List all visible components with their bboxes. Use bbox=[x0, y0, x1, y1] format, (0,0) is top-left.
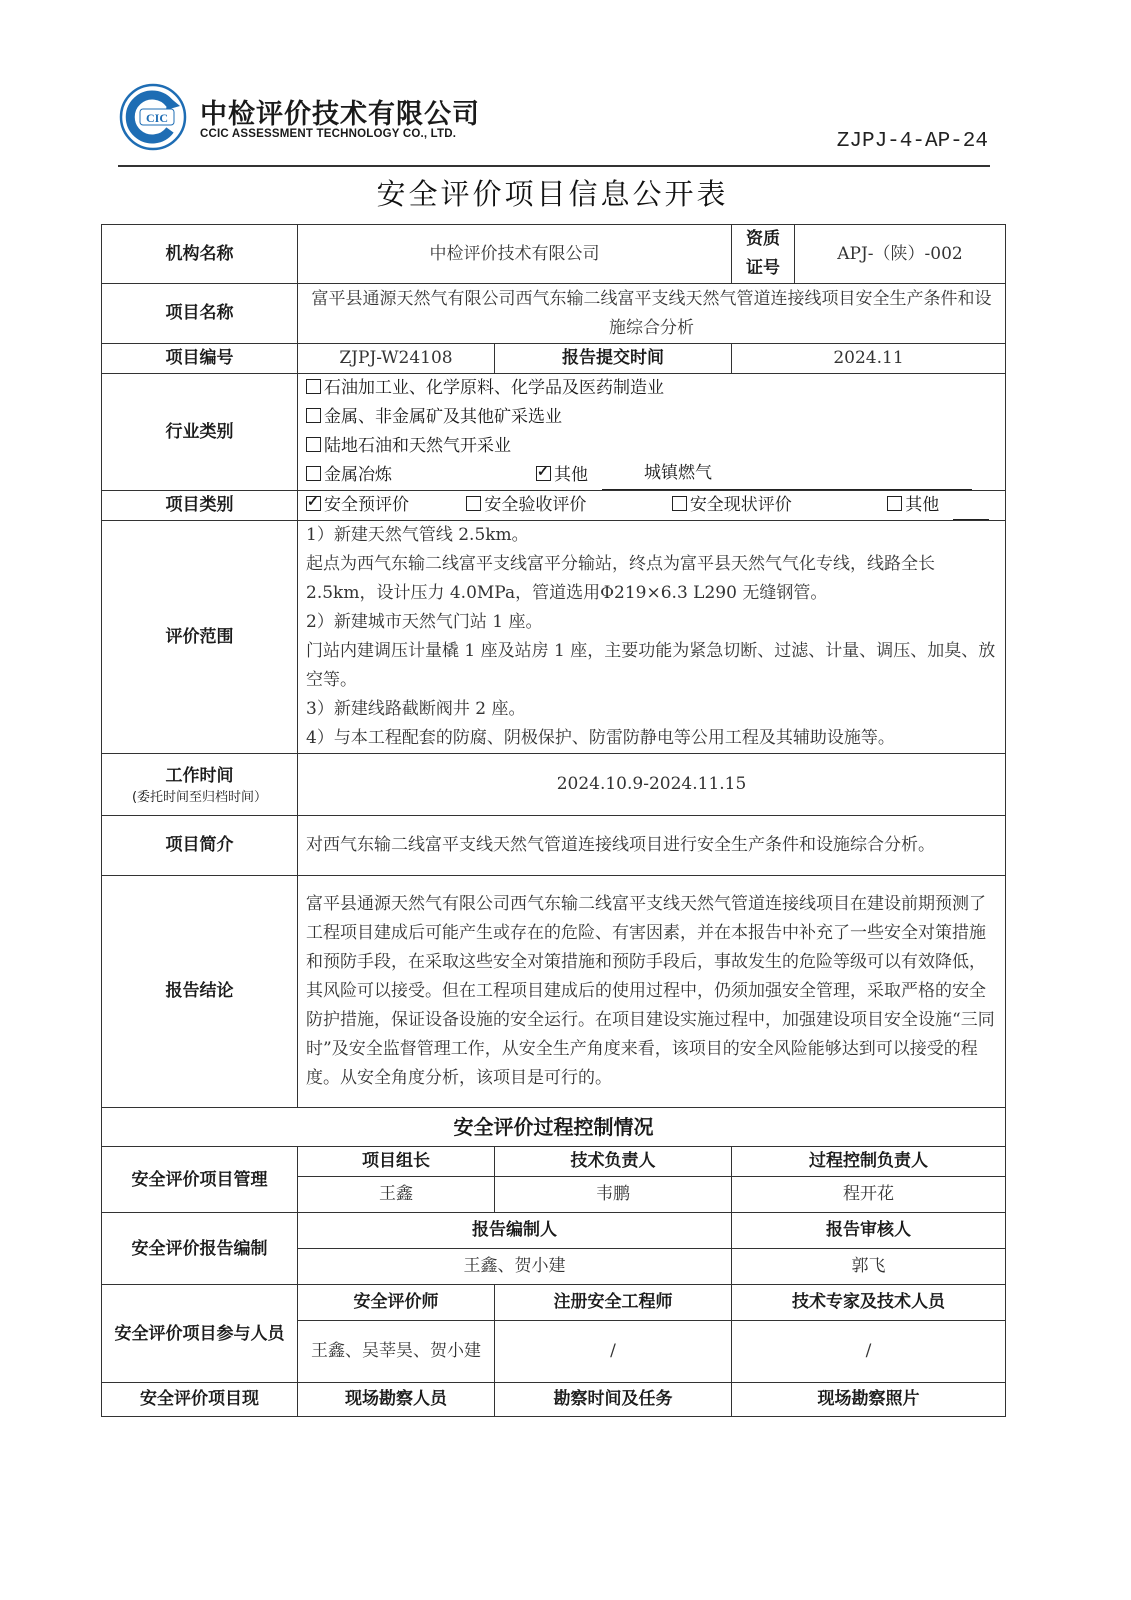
type-other-fill[interactable] bbox=[953, 519, 989, 520]
svg-text:CIC: CIC bbox=[146, 111, 168, 125]
industry-option-4[interactable]: 金属冶炼 bbox=[306, 461, 536, 490]
checkbox-icon[interactable] bbox=[306, 466, 321, 481]
type-option-other[interactable]: 其他 bbox=[887, 495, 939, 515]
project-name-label: 项目名称 bbox=[102, 284, 298, 344]
row-project-no: 项目编号 ZJPJ-W24108 报告提交时间 2024.11 bbox=[102, 344, 1006, 374]
document-code: ZJPJ-4-AP-24 bbox=[837, 130, 988, 153]
document-header: CIC 中检评价技术有限公司 CCIC ASSESSMENT TECHNOLOG… bbox=[118, 82, 988, 168]
checkbox-icon[interactable] bbox=[672, 496, 687, 511]
company-name-en: CCIC ASSESSMENT TECHNOLOGY CO., LTD. bbox=[200, 128, 456, 140]
submit-time-value: 2024.11 bbox=[732, 344, 1006, 374]
project-no-value: ZJPJ-W24108 bbox=[298, 344, 495, 374]
management-label: 安全评价项目管理 bbox=[102, 1147, 298, 1213]
checkbox-icon[interactable] bbox=[306, 437, 321, 452]
report-header: 报告审核人 bbox=[732, 1213, 1006, 1249]
process-section-title: 安全评价过程控制情况 bbox=[102, 1108, 1006, 1147]
scope-line: 2）新建城市天然气门站 1 座。 bbox=[306, 608, 997, 637]
site-header: 现场勘察人员 bbox=[298, 1383, 495, 1417]
scope-line: 起点为西气东输二线富平支线富平分输站，终点为富平县天然气气化专线，线路全长 2.… bbox=[306, 550, 997, 608]
company-name-cn: 中检评价技术有限公司 bbox=[200, 92, 480, 131]
intro-label: 项目简介 bbox=[102, 816, 298, 876]
project-no-label: 项目编号 bbox=[102, 344, 298, 374]
checkbox-checked-icon[interactable] bbox=[306, 496, 321, 511]
scope-label: 评价范围 bbox=[102, 521, 298, 754]
scope-line: 4）与本工程配套的防腐、阴极保护、防雷防静电等公用工程及其辅助设施等。 bbox=[306, 724, 997, 753]
site-header: 勘察时间及任务 bbox=[495, 1383, 732, 1417]
scope-content: 1）新建天然气管线 2.5km。 起点为西气东输二线富平支线富平分输站，终点为富… bbox=[298, 521, 1006, 754]
checkbox-icon[interactable] bbox=[887, 496, 902, 511]
checkbox-icon[interactable] bbox=[306, 408, 321, 423]
participants-label: 安全评价项目参与人员 bbox=[102, 1285, 298, 1383]
row-process-title: 安全评价过程控制情况 bbox=[102, 1108, 1006, 1147]
industry-option-3[interactable]: 陆地石油和天然气开采业 bbox=[306, 432, 997, 461]
industry-options: 石油加工业、化学原料、化学品及医药制造业 金属、非金属矿及其他矿采选业 陆地石油… bbox=[298, 374, 1006, 491]
management-header: 项目组长 bbox=[298, 1147, 495, 1177]
project-type-label: 项目类别 bbox=[102, 491, 298, 521]
industry-other-fill[interactable]: 城镇燃气 bbox=[602, 461, 972, 490]
scope-line: 门站内建调压计量橇 1 座及站房 1 座，主要功能为紧急切断、过滤、计量、调压、… bbox=[306, 637, 997, 695]
project-name-value: 富平县通源天然气有限公司西气东输二线富平支线天然气管道连接线项目安全生产条件和设… bbox=[298, 284, 1006, 344]
row-participants-header: 安全评价项目参与人员 安全评价师 注册安全工程师 技术专家及技术人员 bbox=[102, 1285, 1006, 1321]
type-option-acceptance-eval[interactable]: 安全验收评价 bbox=[466, 491, 666, 520]
row-project-type: 项目类别 安全预评价 安全验收评价 安全现状评价 其他 bbox=[102, 491, 1006, 521]
scope-line: 3）新建线路截断阀井 2 座。 bbox=[306, 695, 997, 724]
work-time-sublabel: (委托时间至归档时间） bbox=[110, 789, 289, 807]
row-work-time: 工作时间 (委托时间至归档时间） 2024.10.9-2024.11.15 bbox=[102, 754, 1006, 816]
participants-header: 技术专家及技术人员 bbox=[732, 1285, 1006, 1321]
management-value: 王鑫 bbox=[298, 1177, 495, 1213]
project-type-options: 安全预评价 安全验收评价 安全现状评价 其他 bbox=[298, 491, 1006, 521]
org-name-value: 中检评价技术有限公司 bbox=[298, 225, 732, 284]
type-option-pre-eval[interactable]: 安全预评价 bbox=[306, 491, 461, 520]
industry-option-row-4: 金属冶炼 其他 城镇燃气 bbox=[306, 461, 997, 490]
qualification-label: 资质证号 bbox=[732, 225, 795, 284]
industry-label: 行业类别 bbox=[102, 374, 298, 491]
site-header: 现场勘察照片 bbox=[732, 1383, 1006, 1417]
type-option-status-eval[interactable]: 安全现状评价 bbox=[672, 491, 882, 520]
header-divider bbox=[118, 165, 990, 167]
submit-time-label: 报告提交时间 bbox=[495, 344, 732, 374]
industry-option-5[interactable]: 其他 bbox=[536, 461, 588, 490]
participants-header: 安全评价师 bbox=[298, 1285, 495, 1321]
conclusion-value: 富平县通源天然气有限公司西气东输二线富平支线天然气管道连接线项目在建设前期预测了… bbox=[298, 876, 1006, 1108]
industry-option-1[interactable]: 石油加工业、化学原料、化学品及医药制造业 bbox=[306, 374, 997, 403]
checkbox-icon[interactable] bbox=[306, 379, 321, 394]
work-time-label-cell: 工作时间 (委托时间至归档时间） bbox=[102, 754, 298, 816]
report-header: 报告编制人 bbox=[298, 1213, 732, 1249]
ccic-logo-icon: CIC bbox=[118, 82, 188, 152]
participants-header: 注册安全工程师 bbox=[495, 1285, 732, 1321]
row-scope: 评价范围 1）新建天然气管线 2.5km。 起点为西气东输二线富平支线富平分输站… bbox=[102, 521, 1006, 754]
management-value: 程开花 bbox=[732, 1177, 1006, 1213]
participants-value: / bbox=[732, 1321, 1006, 1383]
project-info-table: 机构名称 中检评价技术有限公司 资质证号 APJ-（陕）-002 项目名称 富平… bbox=[101, 224, 1006, 1417]
report-value: 王鑫、贺小建 bbox=[298, 1249, 732, 1285]
intro-value: 对西气东输二线富平支线天然气管道连接线项目进行安全生产条件和设施综合分析。 bbox=[298, 816, 1006, 876]
work-time-label: 工作时间 bbox=[166, 766, 234, 786]
checkbox-checked-icon[interactable] bbox=[536, 466, 551, 481]
management-value: 韦鹏 bbox=[495, 1177, 732, 1213]
management-header: 过程控制负责人 bbox=[732, 1147, 1006, 1177]
qualification-value: APJ-（陕）-002 bbox=[795, 225, 1006, 284]
row-conclusion: 报告结论 富平县通源天然气有限公司西气东输二线富平支线天然气管道连接线项目在建设… bbox=[102, 876, 1006, 1108]
participants-value: / bbox=[495, 1321, 732, 1383]
row-intro: 项目简介 对西气东输二线富平支线天然气管道连接线项目进行安全生产条件和设施综合分… bbox=[102, 816, 1006, 876]
participants-value: 王鑫、吴莘昊、贺小建 bbox=[298, 1321, 495, 1383]
scope-line: 1）新建天然气管线 2.5km。 bbox=[306, 521, 997, 550]
conclusion-label: 报告结论 bbox=[102, 876, 298, 1108]
work-time-value: 2024.10.9-2024.11.15 bbox=[298, 754, 1006, 816]
row-org-name: 机构名称 中检评价技术有限公司 资质证号 APJ-（陕）-002 bbox=[102, 225, 1006, 284]
row-industry: 行业类别 石油加工业、化学原料、化学品及医药制造业 金属、非金属矿及其他矿采选业… bbox=[102, 374, 1006, 491]
page-title: 安全评价项目信息公开表 bbox=[0, 172, 1105, 213]
report-value: 郭飞 bbox=[732, 1249, 1006, 1285]
site-label: 安全评价项目现 bbox=[102, 1383, 298, 1417]
report-label: 安全评价报告编制 bbox=[102, 1213, 298, 1285]
row-project-name: 项目名称 富平县通源天然气有限公司西气东输二线富平支线天然气管道连接线项目安全生… bbox=[102, 284, 1006, 344]
management-header: 技术负责人 bbox=[495, 1147, 732, 1177]
checkbox-icon[interactable] bbox=[466, 496, 481, 511]
row-report-header: 安全评价报告编制 报告编制人 报告审核人 bbox=[102, 1213, 1006, 1249]
row-site-header: 安全评价项目现 现场勘察人员 勘察时间及任务 现场勘察照片 bbox=[102, 1383, 1006, 1417]
org-name-label: 机构名称 bbox=[102, 225, 298, 284]
industry-option-2[interactable]: 金属、非金属矿及其他矿采选业 bbox=[306, 403, 997, 432]
row-management-header: 安全评价项目管理 项目组长 技术负责人 过程控制负责人 bbox=[102, 1147, 1006, 1177]
